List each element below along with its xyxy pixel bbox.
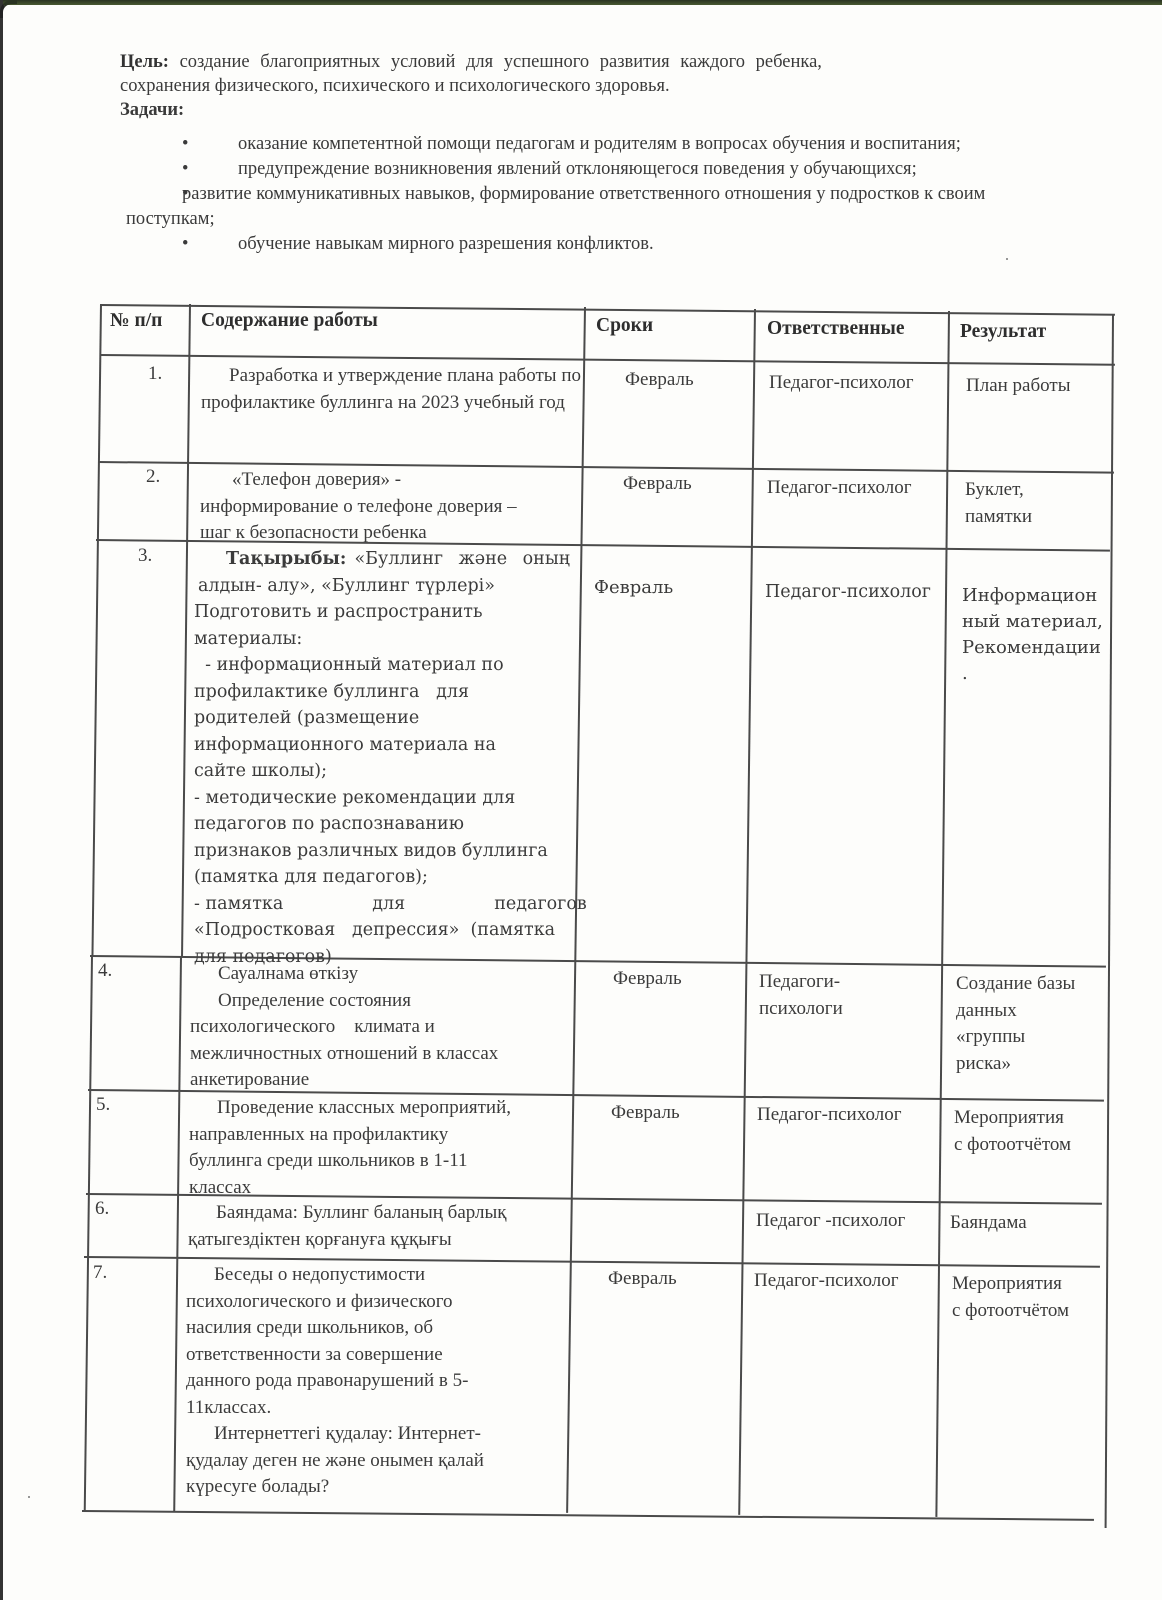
row-2-responsible: Педагог-психолог — [767, 475, 912, 502]
row-6-responsible: Педагог -психолог — [756, 1208, 905, 1235]
row-3-responsible: Педагог-психолог — [765, 579, 931, 606]
row-1-num: 1. — [148, 361, 162, 388]
work-plan-table: № п/п Содержание работы Сроки Ответствен… — [0, 0, 1162, 1600]
row-1-result: План работы — [966, 373, 1070, 400]
row-2-content: «Телефон доверия» - информирование о тел… — [200, 467, 580, 547]
table-border — [935, 311, 950, 1517]
row-5-result: Мероприятия с фотоотчётом — [954, 1105, 1071, 1158]
header-responsible: Ответственные — [767, 316, 905, 343]
row-3-result: Информацион ный материал, Рекомендации . — [962, 583, 1103, 687]
row-4-num: 4. — [98, 958, 112, 985]
row-4-terms: Февраль — [613, 966, 682, 993]
row-6-num: 6. — [95, 1196, 109, 1223]
row-1-responsible: Педагог-психолог — [769, 370, 914, 397]
header-content: Содержание работы — [201, 308, 378, 335]
row-7-result: Мероприятия с фотоотчётом — [952, 1271, 1069, 1324]
header-num: № п/п — [110, 308, 162, 335]
row-3-content: Тақырыбы: «Буллинг және оның алдын- алу»… — [194, 546, 570, 970]
row-6-result: Баяндама — [950, 1210, 1027, 1237]
row-7-num: 7. — [93, 1260, 107, 1287]
table-border — [738, 309, 756, 1515]
row-4-content: Сауалнама өткізу Определение состояния п… — [190, 961, 575, 1094]
row-5-content: Проведение классных мероприятий, направл… — [189, 1095, 574, 1201]
header-result: Результат — [960, 319, 1046, 346]
row-1-content: Разработка и утверждение плана работы по… — [201, 363, 581, 416]
row-2-result: Буклет, памятки — [965, 477, 1032, 530]
row-5-responsible: Педагог-психолог — [757, 1102, 902, 1129]
table-border — [1105, 314, 1114, 1528]
row-3-terms: Февраль — [594, 575, 673, 602]
row-7-content: Беседы о недопустимости психологического… — [186, 1262, 571, 1501]
table-border — [91, 304, 102, 956]
table-border — [173, 956, 182, 1512]
row-4-result: Создание базы данных «группы риска» — [956, 971, 1075, 1077]
row-5-terms: Февраль — [611, 1100, 680, 1127]
row-5-num: 5. — [96, 1092, 110, 1119]
row-4-responsible: Педагоги- психологи — [759, 969, 843, 1022]
row-7-responsible: Педагог-психолог — [754, 1268, 899, 1295]
row-6-content: Баяндама: Буллинг баланың барлық қатыгез… — [188, 1200, 573, 1253]
table-border — [84, 956, 93, 1512]
row-2-terms: Февраль — [623, 471, 692, 498]
table-border — [82, 1510, 1094, 1521]
row-2-num: 2. — [146, 464, 160, 491]
table-border — [181, 304, 191, 956]
row-3-num: 3. — [138, 543, 152, 570]
row-7-terms: Февраль — [608, 1266, 677, 1293]
row-1-terms: Февраль — [625, 367, 694, 394]
header-terms: Сроки — [596, 313, 653, 340]
